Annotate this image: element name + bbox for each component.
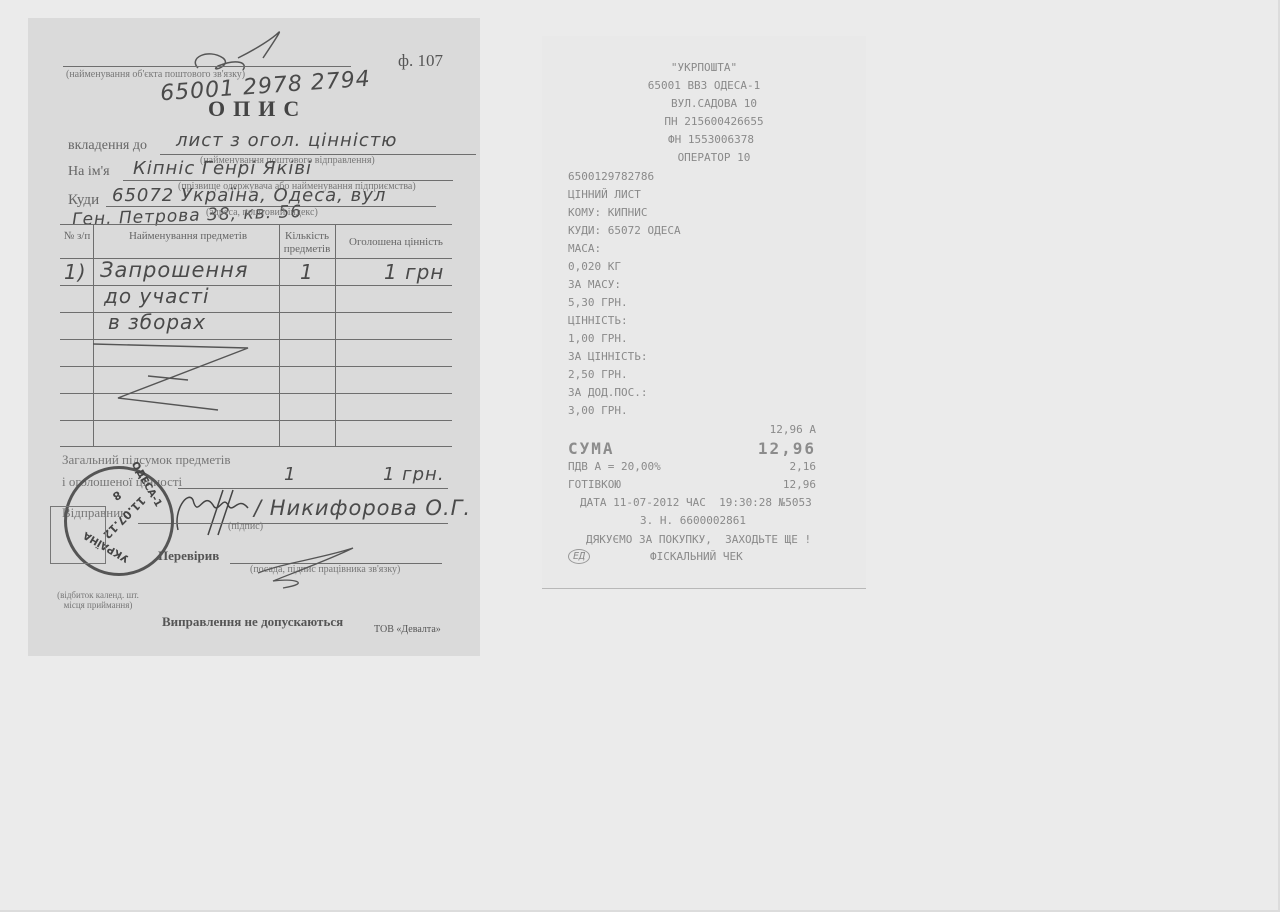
receipt-company: "УКРПОШТА" — [542, 61, 866, 74]
row-qty: 1 — [300, 260, 314, 284]
receipt-fiscal-id: ФН 1553006378 — [542, 133, 866, 146]
stamp-num: 8 — [110, 488, 123, 503]
header-item: Найменування предметів — [108, 230, 268, 243]
receipt-tracking: 6500129782786 — [568, 170, 654, 183]
row-item-line-2: до участі — [104, 284, 210, 308]
divider — [138, 523, 448, 524]
total-value: 1 грн. — [383, 464, 445, 485]
sender-name: / Никифорова О.Г. — [254, 496, 471, 520]
receipt-fiscal-label: ФІСКАЛЬНИЙ ЧЕК — [650, 550, 743, 563]
receipt-to: КОМУ: КИПНИС — [568, 206, 647, 219]
name-label: На ім'я — [68, 164, 110, 180]
row-num: 1) — [64, 260, 87, 284]
table-bottom-border — [60, 446, 452, 447]
value-value: 1,00 ГРН. — [568, 332, 628, 345]
receipt-operator: ОПЕРАТОР 10 — [542, 151, 866, 164]
receipt-where: КУДИ: 65072 ОДЕСА — [568, 224, 681, 237]
extra-label: ЗА ДОД.ПОС.: — [568, 386, 647, 399]
receipt-serial: З. Н. 6600002861 — [640, 514, 746, 527]
row-item-line-1: Запрошення — [100, 258, 248, 282]
stamp-caption-1: (відбиток календ. шт. — [52, 590, 144, 600]
receipt-branch: 65001 ВВЗ ОДЕСА-1 — [542, 79, 866, 92]
enclosure-value: лист з огол. цінністю — [176, 130, 397, 151]
sum-label: СУМА — [568, 440, 615, 458]
for-value-label: ЗА ЦІННІСТЬ: — [568, 350, 647, 363]
table-row-line — [60, 420, 452, 421]
table-top-border — [60, 224, 452, 225]
receipt-type: ЦІННИЙ ЛИСТ — [568, 188, 641, 201]
header-num: № з/п — [61, 230, 93, 243]
inventory-form-107: (найменування об'єкта поштового зв'язку)… — [28, 18, 480, 656]
header-qty: Кількість предметів — [281, 230, 333, 256]
cash-value: 12,96 — [783, 478, 816, 491]
fiscal-logo-icon: ЕД — [568, 549, 590, 564]
weight-label: МАСА: — [568, 242, 601, 255]
divider — [63, 66, 351, 67]
sum-value: 12,96 — [758, 440, 816, 458]
cash-label: ГОТІВКОЮ — [568, 478, 621, 491]
stamp-box — [50, 506, 106, 564]
fiscal-receipt: "УКРПОШТА" 65001 ВВЗ ОДЕСА-1 ВУЛ.САДОВА … — [542, 36, 866, 589]
for-weight-value: 5,30 ГРН. — [568, 296, 628, 309]
for-value-value: 2,50 ГРН. — [568, 368, 628, 381]
total-label-1: Загальний підсумок предметів — [62, 452, 231, 468]
form-title: ОПИС — [208, 96, 307, 122]
row-item-line-3: в зборах — [108, 310, 206, 334]
for-weight-label: ЗА МАСУ: — [568, 278, 621, 291]
value-label: ЦІННІСТЬ: — [568, 314, 628, 327]
weight-value: 0,020 КГ — [568, 260, 621, 273]
receipt-tax-id: ПН 215600426655 — [542, 115, 866, 128]
checker-signature-icon — [253, 543, 363, 593]
sender-caption: (підпис) — [228, 521, 263, 532]
recipient-name: Кіпніс Генрі Яківі — [133, 158, 312, 179]
subtotal: 12,96 А — [770, 423, 816, 436]
enclosure-label: вкладення до — [68, 138, 147, 154]
vat-value: 2,16 — [790, 460, 817, 473]
extra-value: 3,00 ГРН. — [568, 404, 628, 417]
stamp-caption-2: місця приймання) — [52, 600, 144, 610]
row-value: 1 грн — [384, 260, 444, 284]
receipt-datetime: ДАТА 11-07-2012 ЧАС 19:30:28 №5053 — [580, 496, 812, 509]
address-caption: (адреса, поштовий індекс) — [206, 207, 318, 218]
checked-label: Перевірив — [158, 548, 219, 564]
total-qty: 1 — [284, 464, 296, 485]
receipt-street: ВУЛ.САДОВА 10 — [542, 97, 866, 110]
footer-note: Виправлення не допускаються — [162, 614, 343, 630]
header-value: Оголошена цінність — [338, 236, 454, 249]
form-number: ф. 107 — [398, 51, 443, 71]
publisher: ТОВ «Девалта» — [374, 624, 441, 635]
stamp-date: 11.07.12 — [100, 494, 148, 542]
address-label: Куди — [68, 192, 99, 209]
vat-label: ПДВ А = 20,00% — [568, 460, 661, 473]
z-strikethrough-icon — [88, 338, 268, 418]
receipt-thanks: ДЯКУЄМО ЗА ПОКУПКУ, ЗАХОДЬТЕ ЩЕ ! — [586, 533, 811, 546]
